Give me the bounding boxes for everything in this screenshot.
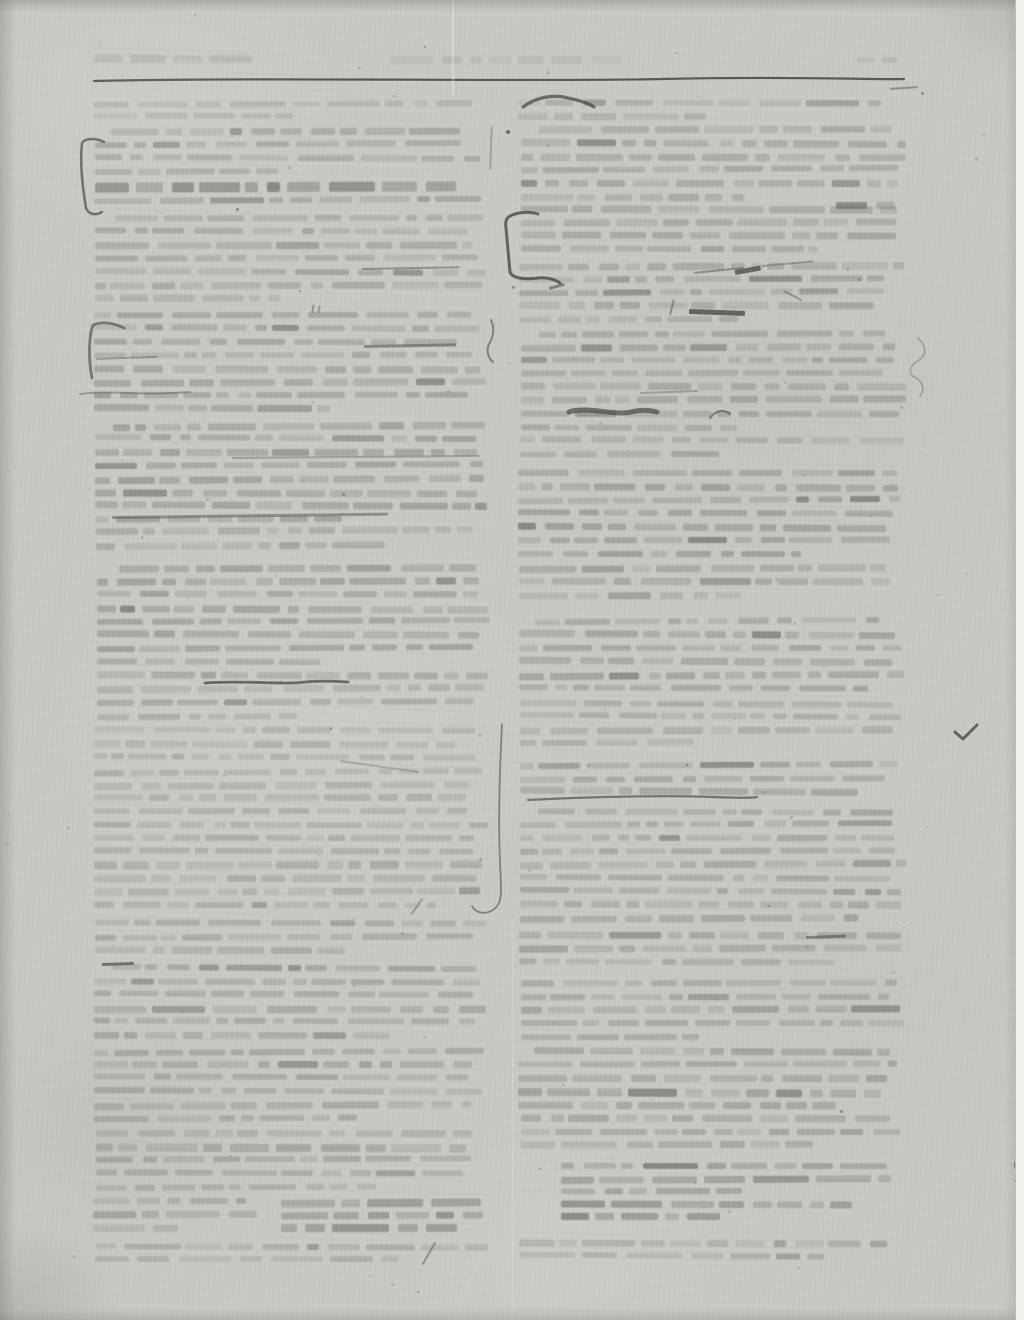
crease-line: [512, 918, 513, 1320]
scan-edge-white-strip: [1015, 0, 1024, 1320]
scan-creases: [0, 0, 1024, 1320]
scanned-page: [0, 0, 1024, 1320]
crease-line: [452, 0, 454, 96]
crease-line: [455, 1252, 483, 1319]
